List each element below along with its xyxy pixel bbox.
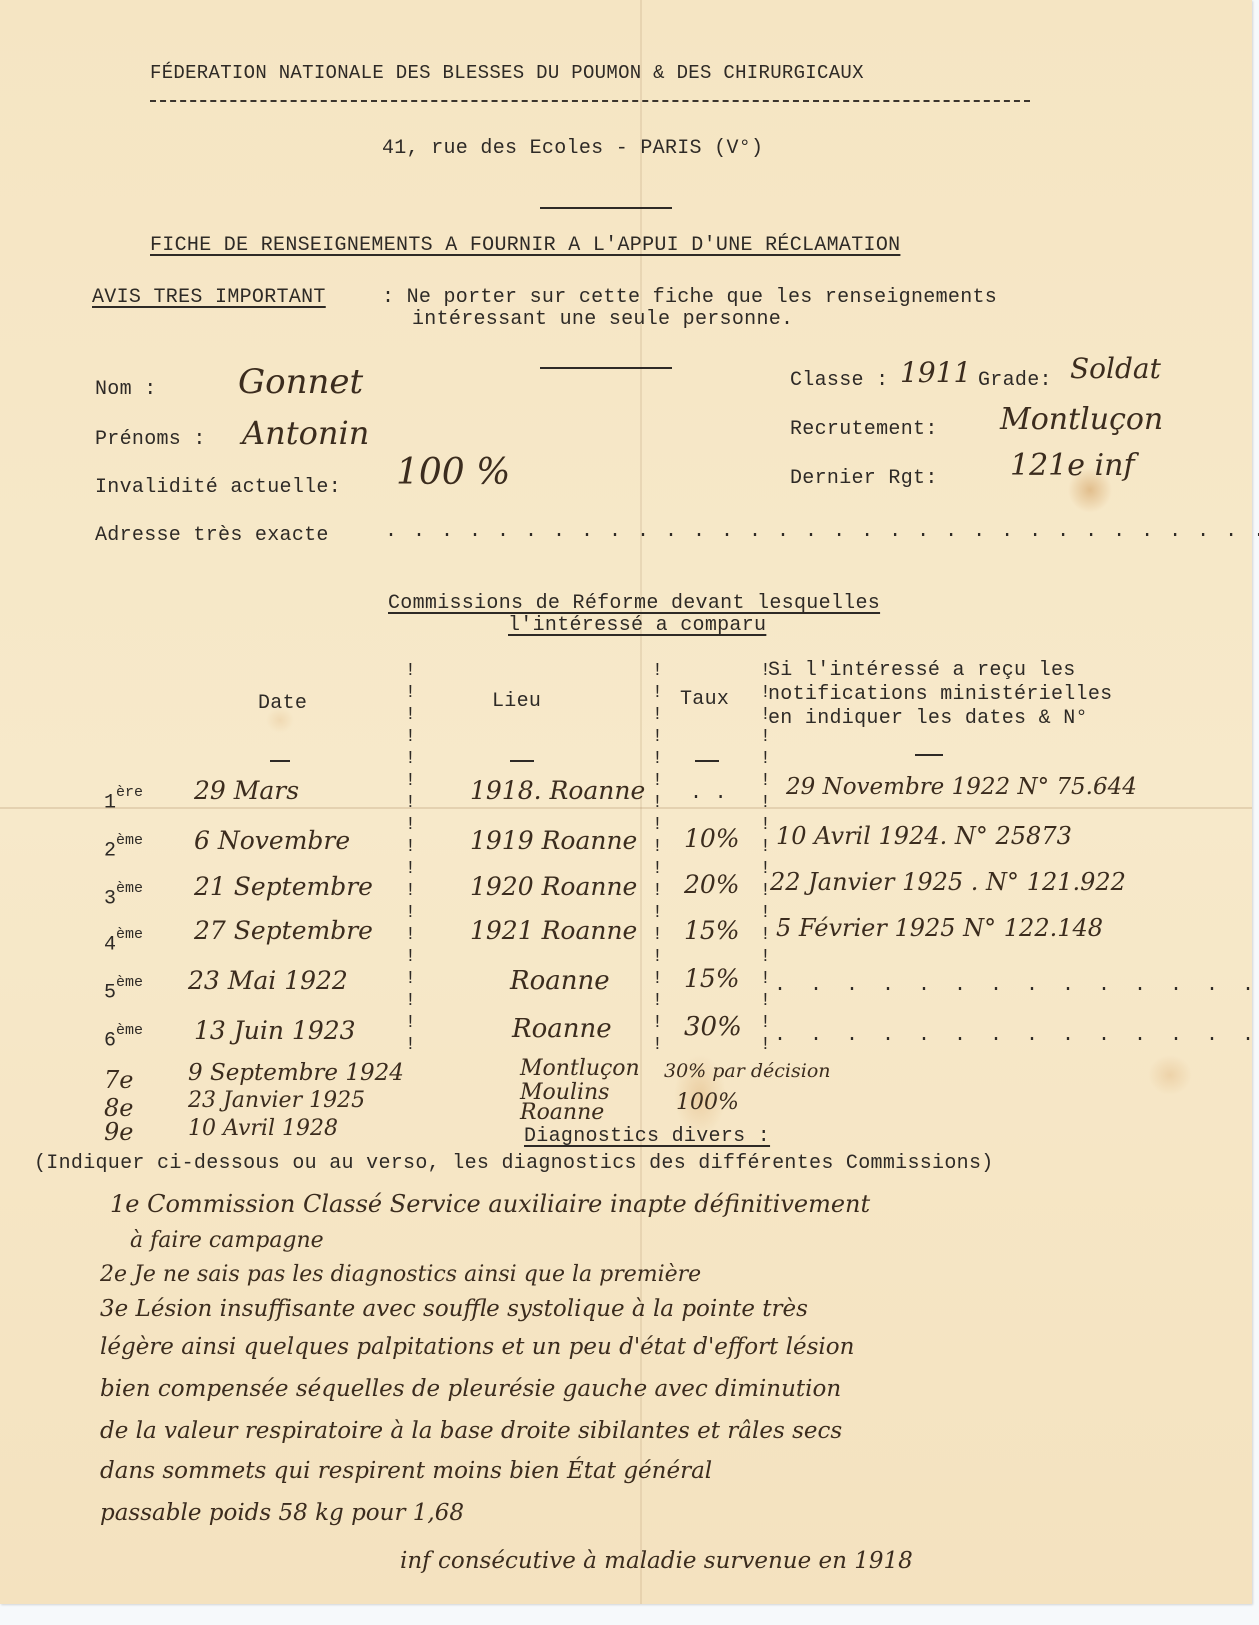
row-1-lieu[interactable]: 1918. Roanne	[470, 776, 645, 805]
row-9-lieu[interactable]: Roanne	[520, 1100, 604, 1125]
diagnostic-line-6[interactable]: bien compensée séquelles de pleurésie ga…	[100, 1376, 841, 1402]
row-1-date[interactable]: 29 Mars	[194, 776, 299, 805]
diagnostic-line-9[interactable]: passable poids 58 kg pour 1,68	[100, 1500, 464, 1526]
date-col-dash	[270, 760, 290, 762]
short-divider	[540, 207, 672, 209]
row-3-taux[interactable]: 20%	[684, 870, 740, 899]
column-header-lieu: Lieu	[492, 690, 541, 713]
row-6-lieu[interactable]: Roanne	[512, 1014, 612, 1044]
form-title: FICHE DE RENSEIGNEMENTS A FOURNIR A L'AP…	[150, 234, 900, 257]
recrutement-value[interactable]: Montluçon	[1000, 402, 1163, 437]
row-5-ordinal: 5ème	[104, 978, 143, 1005]
invalidite-label: Invalidité actuelle:	[95, 476, 341, 499]
commissions-heading-line2: l'intéressé a comparu	[508, 614, 766, 637]
diagnostic-line-5[interactable]: légère ainsi quelques palpitations et un…	[100, 1334, 854, 1360]
row-6-ordinal: 6ème	[104, 1026, 143, 1053]
nom-value[interactable]: Gonnet	[238, 362, 363, 402]
column-header-notif-line2: notifications ministérielles	[768, 683, 1112, 706]
row-8-taux[interactable]: 100%	[676, 1090, 739, 1115]
document-page: FÉDERATION NATIONALE DES BLESSES DU POUM…	[0, 0, 1252, 1604]
invalidite-value[interactable]: 100 %	[396, 452, 510, 493]
column-header-date: Date	[258, 692, 307, 715]
dernier-rgt-label: Dernier Rgt:	[790, 467, 938, 490]
organization-address: 41, rue des Ecoles - PARIS (V°)	[382, 137, 763, 160]
row-3-ordinal: 3ème	[104, 884, 143, 911]
row-3-date[interactable]: 21 Septembre	[194, 872, 373, 901]
classe-value[interactable]: 1911	[900, 356, 971, 389]
notif-col-dash	[915, 754, 943, 756]
nom-label: Nom :	[95, 378, 157, 401]
diagnostic-line-2[interactable]: à faire campagne	[130, 1228, 324, 1253]
prenoms-label: Prénoms :	[95, 428, 206, 451]
row-8-date[interactable]: 23 Janvier 1925	[188, 1088, 365, 1113]
diagnostic-line-7[interactable]: de la valeur respiratoire à la base droi…	[100, 1418, 842, 1444]
column-header-notif-line1: Si l'intéressé a reçu les	[768, 659, 1076, 682]
row-5-notif[interactable]: . . . . . . . . . . . . . .	[774, 974, 1259, 997]
notice-label: AVIS TRES IMPORTANT	[92, 286, 326, 309]
row-5-date[interactable]: 23 Mai 1922	[188, 966, 348, 995]
row-6-notif[interactable]: . . . . . . . . . . . . . .	[774, 1024, 1259, 1047]
grade-value[interactable]: Soldat	[1070, 352, 1161, 385]
row-7-lieu[interactable]: Montluçon	[520, 1056, 640, 1081]
diagnostic-line-10[interactable]: inf consécutive à maladie survenue en 19…	[400, 1548, 913, 1574]
taux-col-dash	[695, 760, 719, 762]
column-header-notif-line3: en indiquer les dates & N°	[768, 707, 1088, 730]
row-5-lieu[interactable]: Roanne	[510, 966, 610, 996]
row-6-date[interactable]: 13 Juin 1923	[194, 1016, 356, 1045]
row-9-date[interactable]: 10 Avril 1928	[188, 1116, 338, 1141]
short-divider-2	[540, 367, 672, 369]
row-2-lieu[interactable]: 1919 Roanne	[470, 826, 637, 855]
row-1-taux[interactable]: . .	[690, 782, 727, 805]
grade-label: Grade:	[978, 369, 1052, 392]
header-dashed-divider	[150, 100, 1030, 102]
row-5-taux[interactable]: 15%	[684, 964, 740, 993]
row-3-notif[interactable]: 22 Janvier 1925 . N° 121.922	[770, 868, 1126, 896]
row-7-ordinal: 7e	[104, 1066, 133, 1094]
row-7-taux[interactable]: 30% par décision	[664, 1060, 831, 1082]
row-1-notif[interactable]: 29 Novembre 1922 N° 75.644	[786, 774, 1137, 800]
row-4-lieu[interactable]: 1921 Roanne	[470, 916, 637, 945]
column-separator-1: ! ! ! ! ! ! ! ! ! ! ! ! ! ! ! ! ! !	[405, 660, 415, 1056]
organization-name: FÉDERATION NATIONALE DES BLESSES DU POUM…	[150, 62, 864, 84]
row-2-notif[interactable]: 10 Avril 1924. N° 25873	[776, 822, 1072, 850]
recrutement-label: Recrutement:	[790, 418, 938, 441]
row-1-ordinal: 1ère	[104, 788, 143, 815]
notice-text-line2: intéressant une seule personne.	[412, 308, 793, 331]
diagnostic-line-3[interactable]: 2e Je ne sais pas les diagnostics ainsi …	[100, 1262, 701, 1287]
row-7-date[interactable]: 9 Septembre 1924	[188, 1060, 404, 1086]
prenoms-value[interactable]: Antonin	[242, 414, 369, 452]
row-3-lieu[interactable]: 1920 Roanne	[470, 872, 637, 901]
row-2-date[interactable]: 6 Novembre	[194, 826, 350, 855]
column-header-taux: Taux	[680, 688, 729, 711]
classe-label: Classe :	[790, 369, 888, 392]
diagnostics-heading: Diagnostics divers :	[524, 1125, 770, 1148]
row-4-notif[interactable]: 5 Février 1925 N° 122.148	[776, 914, 1103, 942]
row-9-ordinal: 9e	[104, 1118, 133, 1146]
row-4-ordinal: 4ème	[104, 930, 143, 957]
adresse-dotted-field[interactable]: . . . . . . . . . . . . . . . . . . . . …	[385, 520, 1259, 543]
commissions-heading-line1: Commissions de Réforme devant lesquelles	[388, 592, 880, 615]
fold-crease-horizontal	[0, 807, 1252, 809]
column-separator-2: ! ! ! ! ! ! ! ! ! ! ! ! ! ! ! ! ! !	[652, 660, 662, 1056]
diagnostics-instruction: (Indiquer ci-dessous ou au verso, les di…	[34, 1152, 994, 1175]
lieu-col-dash	[510, 760, 534, 762]
row-2-taux[interactable]: 10%	[684, 824, 740, 853]
row-6-taux[interactable]: 30%	[684, 1012, 742, 1042]
diagnostic-line-1[interactable]: 1e Commission Classé Service auxiliaire …	[110, 1190, 870, 1218]
dernier-rgt-value[interactable]: 121e inf	[1010, 448, 1135, 483]
notice-text-line1: : Ne porter sur cette fiche que les rens…	[382, 286, 997, 309]
column-separator-3: ! ! ! ! ! ! ! ! ! ! ! ! ! ! ! ! ! !	[760, 660, 770, 1056]
diagnostic-line-8[interactable]: dans sommets qui respirent moins bien Ét…	[100, 1458, 712, 1484]
row-4-taux[interactable]: 15%	[684, 916, 740, 945]
diagnostic-line-4[interactable]: 3e Lésion insuffisante avec souffle syst…	[100, 1296, 808, 1322]
row-2-ordinal: 2ème	[104, 836, 143, 863]
row-4-date[interactable]: 27 Septembre	[194, 916, 373, 945]
adresse-label: Adresse très exacte	[95, 524, 329, 547]
